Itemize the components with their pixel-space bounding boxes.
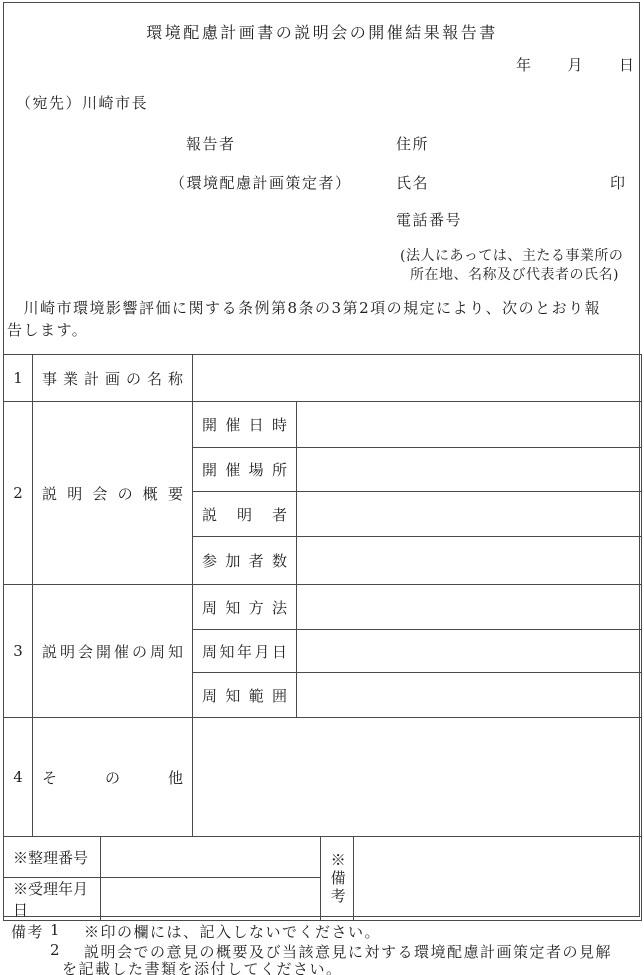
row2-sub3-label: 説明者: [193, 492, 297, 537]
row2-sub2-label: 開催場所: [193, 448, 297, 492]
seal-label: 印: [610, 172, 627, 193]
date-month-label: 月: [567, 54, 582, 75]
table-row: 2 説明会の概要 開催日時: [4, 402, 642, 448]
row3-sub1-label: 周知方法: [193, 585, 297, 630]
table-row: 4 その他: [4, 718, 642, 837]
row2-sub3-value-cell: [297, 492, 642, 537]
date-year-label: 年: [516, 54, 531, 75]
row3-label: 説明会開催の周知: [33, 585, 193, 718]
row4-number: 4: [4, 718, 33, 837]
office-use-table: ※整理番号 ※備考 ※受理年月日: [3, 836, 642, 921]
row3-number: 3: [4, 585, 33, 718]
remarks-vertical-label: ※備考: [328, 852, 345, 906]
date-day-label: 日: [619, 54, 634, 75]
remarks-value-cell: [354, 837, 642, 921]
row2-sub4-value-cell: [297, 537, 642, 585]
reporter-label: 報告者: [186, 133, 236, 154]
name-label: 氏名: [396, 172, 429, 193]
row2-label: 説明会の概要: [33, 402, 193, 585]
table-row: 1 事業計画の名称: [4, 355, 642, 402]
row1-value-cell: [193, 355, 642, 402]
row3-sub3-value-cell: [297, 673, 642, 718]
row3-sub3-label: 周知範囲: [193, 673, 297, 718]
row4-value-cell: [193, 718, 642, 837]
notice-line2: 告します。: [7, 319, 639, 341]
row2-sub2-value-cell: [297, 448, 642, 492]
ref-number-value-cell: [101, 837, 321, 878]
phone-label: 電話番号: [396, 209, 462, 230]
footnote1-text: ※印の欄には、記入しないでください。: [84, 921, 381, 942]
receipt-date-label: ※受理年月日: [4, 878, 101, 921]
address-label: 住所: [396, 133, 429, 154]
ref-number-label: ※整理番号: [4, 837, 101, 878]
row2-sub1-label: 開催日時: [193, 402, 297, 448]
row3-sub2-label: 周知年月日: [193, 630, 297, 673]
date-line: 年 月 日: [516, 54, 634, 75]
row2-sub1-value-cell: [297, 402, 642, 448]
document-page: 環境配慮計画書の説明会の開催結果報告書 年 月 日 （宛先）川崎市長 報告者 （…: [0, 0, 644, 975]
corporate-note-line1: (法人にあっては、主たる事業所の: [400, 245, 623, 265]
footnote1-number: 1: [50, 921, 61, 939]
table-row: ※整理番号 ※備考: [4, 837, 642, 878]
row3-sub2-value-cell: [297, 630, 642, 673]
footnote2-text-continued: を記載した書類を添付してください。: [62, 958, 343, 975]
row2-sub4-label: 参加者数: [193, 537, 297, 585]
footnote-header-label: 備考: [11, 921, 44, 942]
corporate-note-line2: 所在地、名称及び代表者の氏名): [410, 264, 619, 284]
reporter-sublabel: （環境配慮計画策定者）: [170, 172, 352, 193]
notice-line1: 川崎市環境影響評価に関する条例第8条の3第2項の規定により、次のとおり報: [7, 297, 639, 319]
footnote2-number: 2: [50, 941, 61, 959]
remarks-label-cell: ※備考: [321, 837, 354, 921]
addressee: （宛先）川崎市長: [16, 92, 148, 113]
row4-label: その他: [33, 718, 193, 837]
table-row: 3 説明会開催の周知 周知方法: [4, 585, 642, 630]
row1-number: 1: [4, 355, 33, 402]
document-title: 環境配慮計画書の説明会の開催結果報告書: [0, 20, 644, 43]
receipt-date-value-cell: [101, 878, 321, 921]
notice-paragraph: 川崎市環境影響評価に関する条例第8条の3第2項の規定により、次のとおり報 告しま…: [7, 297, 639, 341]
main-form-table: 1 事業計画の名称 2 説明会の概要 開催日時 開催場所 説明者 参加者数 3 …: [3, 354, 642, 837]
row2-number: 2: [4, 402, 33, 585]
row3-sub1-value-cell: [297, 585, 642, 630]
row1-label: 事業計画の名称: [33, 355, 193, 402]
